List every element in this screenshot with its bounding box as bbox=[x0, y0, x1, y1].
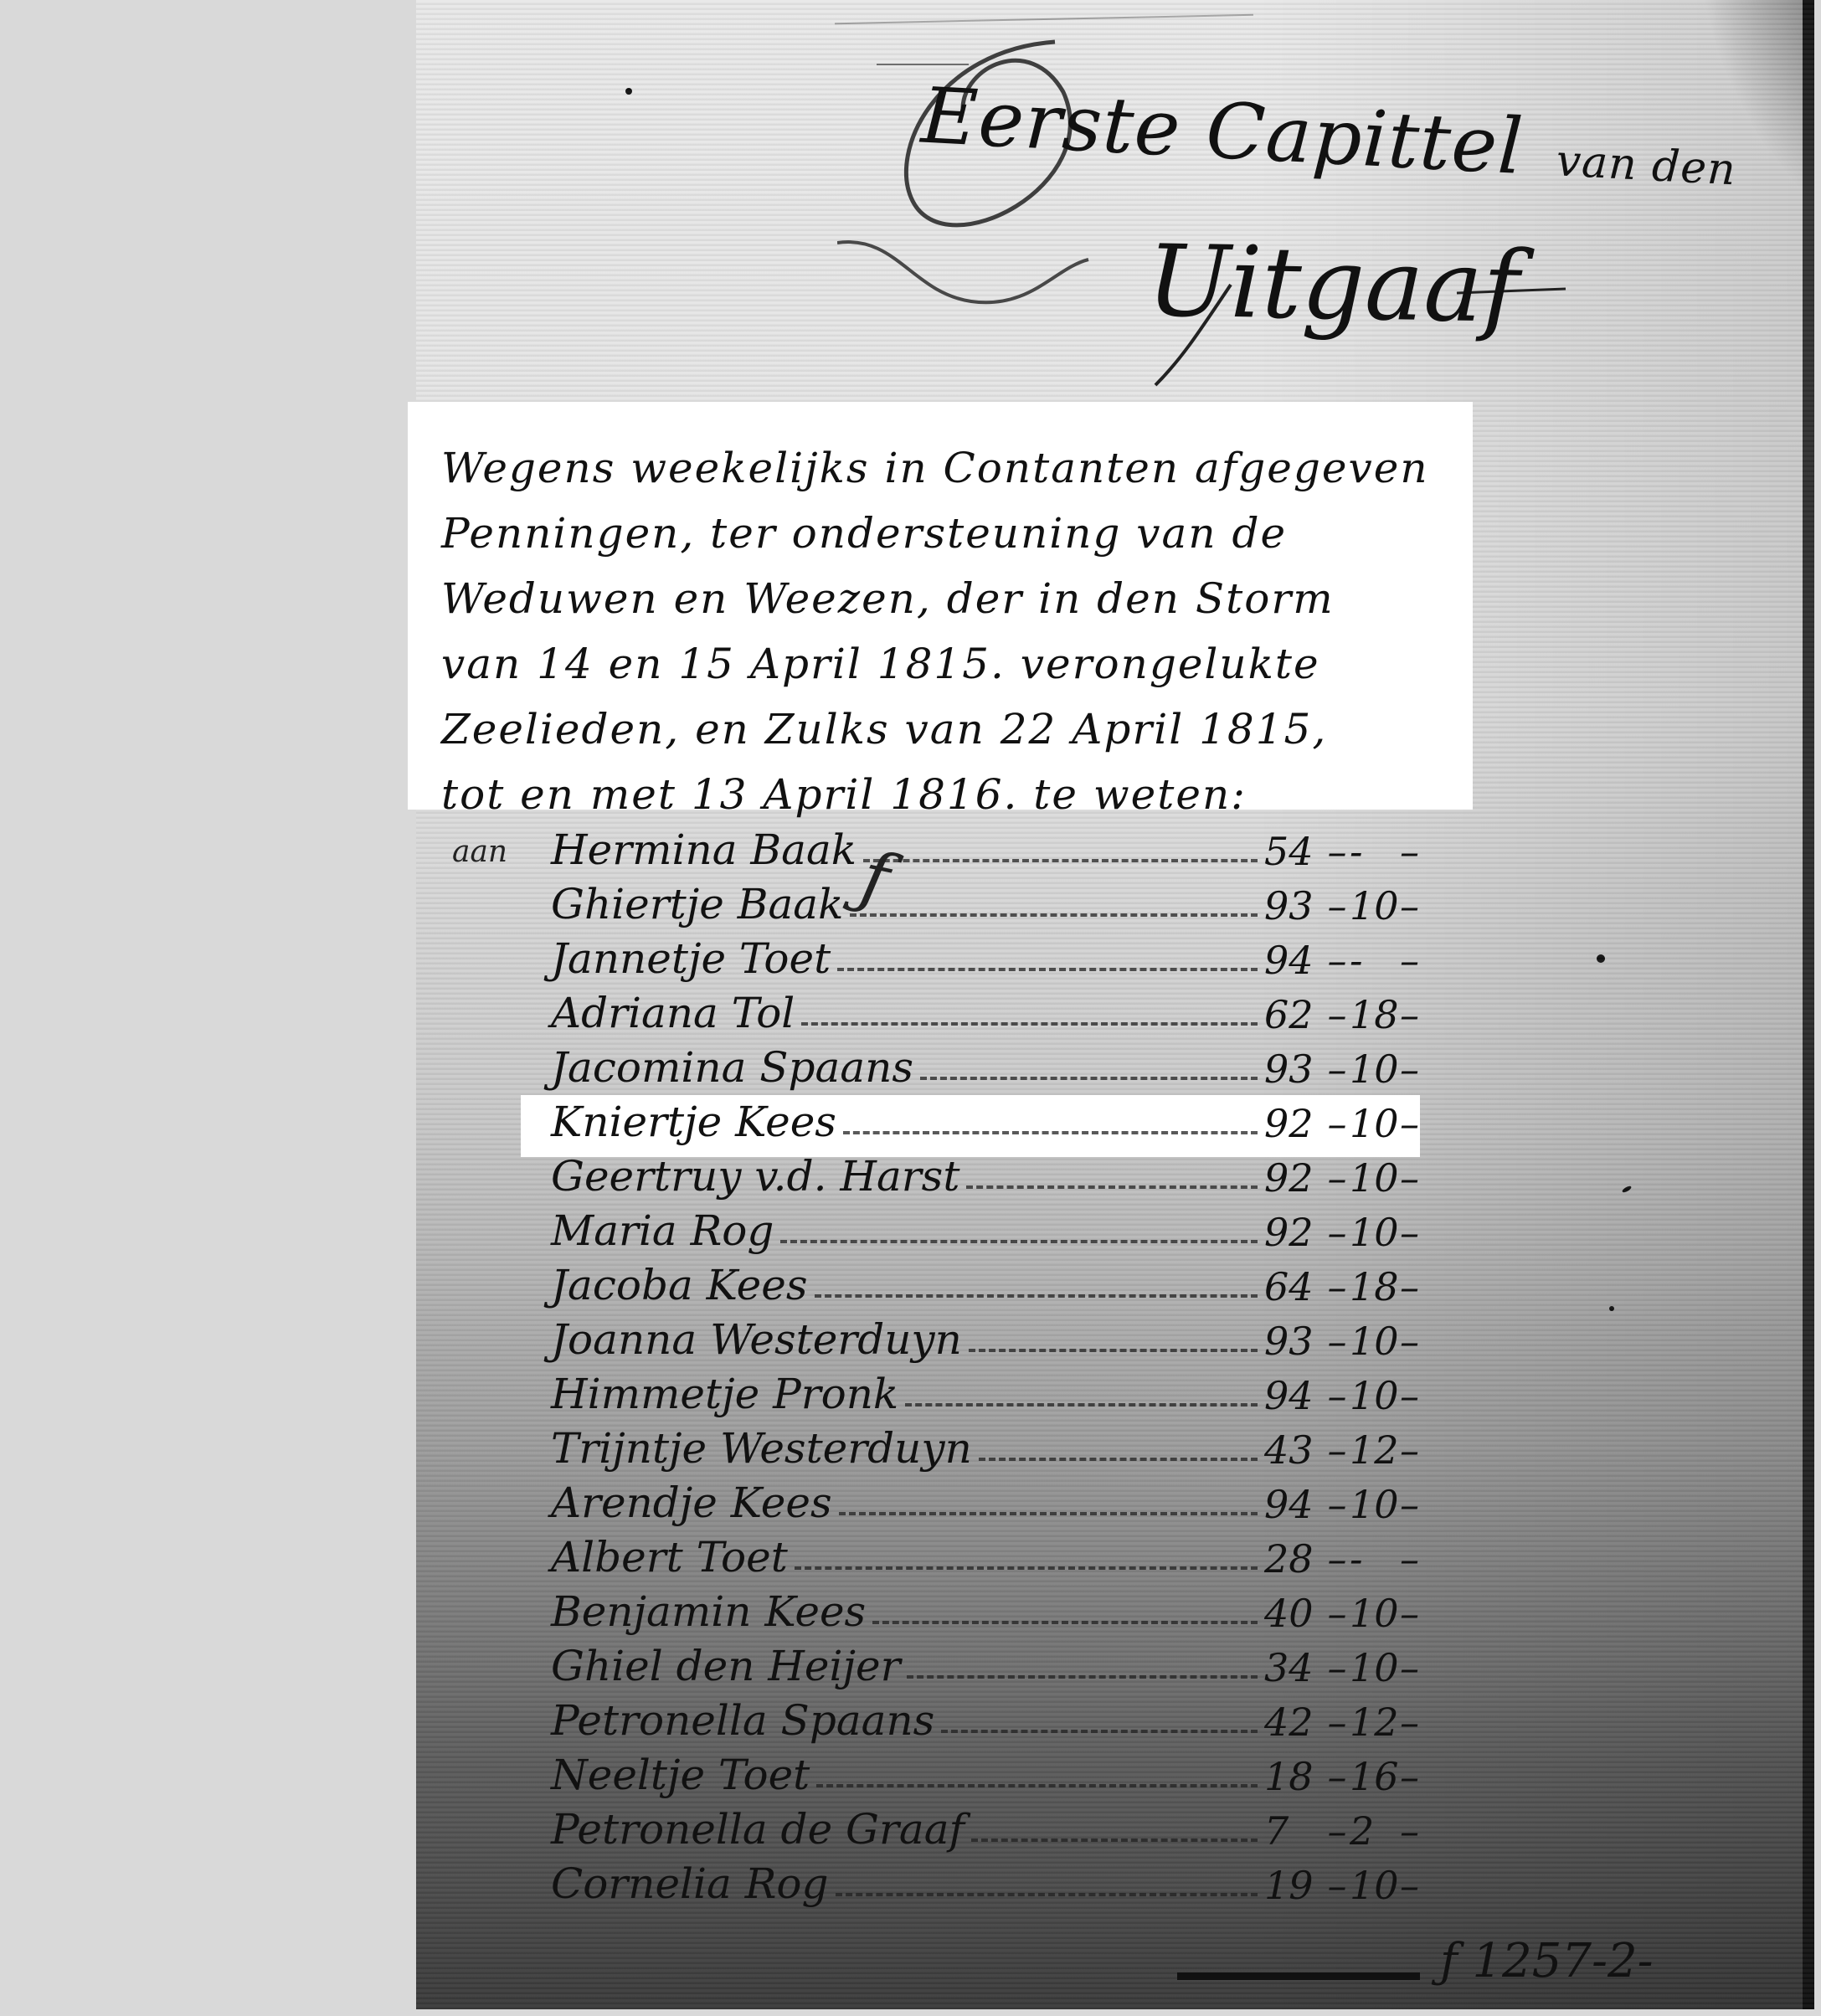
amount-tail-dash: – bbox=[1400, 992, 1433, 1037]
amount-separator: – bbox=[1325, 1700, 1350, 1745]
dotted-leader bbox=[907, 1675, 1258, 1679]
amount: 28–-– bbox=[1264, 1536, 1440, 1587]
recipient-name: Jacomina Spaans bbox=[551, 1043, 913, 1097]
ledger-row: Jannetje Toet94–-– bbox=[452, 933, 1440, 988]
amount: 94–-– bbox=[1264, 938, 1440, 988]
amount-separator: – bbox=[1325, 1155, 1350, 1201]
ink-speck bbox=[1597, 954, 1605, 963]
ledger-entries: aanHermina Baak54–-–Ghiertje Baak93–10–J… bbox=[452, 825, 1440, 1913]
ink-speck bbox=[1622, 1185, 1633, 1193]
amount-stuivers: 10 bbox=[1350, 1101, 1400, 1146]
recipient-name: Maria Rog bbox=[551, 1206, 774, 1260]
dotted-leader bbox=[795, 1566, 1258, 1570]
amount-separator: – bbox=[1325, 1101, 1350, 1146]
amount-stuivers: 10 bbox=[1350, 1155, 1400, 1201]
ledger-row-prefix bbox=[452, 1794, 551, 1804]
recipient-name: Cornelia Rog bbox=[551, 1859, 829, 1913]
recipient-name: Benjamin Kees bbox=[551, 1587, 866, 1641]
amount-tail-dash: – bbox=[1400, 1047, 1433, 1092]
amount-tail-dash: – bbox=[1400, 1155, 1433, 1201]
amount-separator: – bbox=[1325, 1482, 1350, 1527]
amount: 43–12– bbox=[1264, 1427, 1440, 1478]
amount-stuivers: 18 bbox=[1350, 1264, 1400, 1309]
ledger-row: Himmetje Pronk94–10– bbox=[452, 1369, 1440, 1423]
amount-guilders: 93 bbox=[1264, 883, 1325, 928]
ledger-row-prefix bbox=[452, 923, 551, 933]
amount-separator: – bbox=[1325, 1210, 1350, 1255]
ledger-row: Jacoba Kees64–18– bbox=[452, 1260, 1440, 1314]
intro-paragraph: Wegens weekelijks in Contanten afgegeven… bbox=[408, 402, 1473, 810]
recipient-name: Neeltje Toet bbox=[551, 1751, 810, 1804]
ledger-row-prefix bbox=[452, 1359, 551, 1369]
amount: 19–10– bbox=[1264, 1863, 1440, 1913]
dotted-leader bbox=[780, 1240, 1258, 1243]
amount-guilders: 19 bbox=[1264, 1863, 1325, 1908]
ledger-row: Arendje Kees94–10– bbox=[452, 1478, 1440, 1532]
intro-line: Wegens weekelijks in Contanten afgegeven bbox=[441, 435, 1439, 501]
ledger-row: Adriana Tol62–18– bbox=[452, 988, 1440, 1042]
amount-stuivers: 10 bbox=[1350, 1319, 1400, 1364]
ledger-row-prefix bbox=[452, 1032, 551, 1042]
amount-tail-dash: – bbox=[1400, 1645, 1433, 1690]
intro-line: Zeelieden, en Zulks van 22 April 1815, bbox=[441, 697, 1439, 762]
dotted-leader bbox=[850, 913, 1258, 917]
amount-tail-dash: – bbox=[1400, 1264, 1433, 1309]
amount-guilders: 28 bbox=[1264, 1536, 1325, 1581]
amount-guilders: 94 bbox=[1264, 1482, 1325, 1527]
amount-separator: – bbox=[1325, 1645, 1350, 1690]
ledger-row: Geertruy v.d. Harst92–10– bbox=[452, 1151, 1440, 1206]
recipient-name: Ghiertje Baak bbox=[551, 880, 843, 933]
amount-tail-dash: – bbox=[1400, 829, 1433, 874]
ledger-row-prefix bbox=[452, 1304, 551, 1314]
recipient-name: Arendje Kees bbox=[551, 1479, 832, 1532]
amount: 42–12– bbox=[1264, 1700, 1440, 1750]
amount-tail-dash: – bbox=[1400, 1700, 1433, 1745]
ledger-row: Trijntje Westerduyn43–12– bbox=[452, 1423, 1440, 1478]
recipient-name: Jannetje Toet bbox=[551, 934, 831, 988]
ledger-row: Maria Rog92–10– bbox=[452, 1206, 1440, 1260]
amount-separator: – bbox=[1325, 992, 1350, 1037]
amount: 92–10– bbox=[1264, 1210, 1440, 1260]
dotted-leader bbox=[969, 1349, 1258, 1352]
ledger-row: Joanna Westerduyn93–10– bbox=[452, 1314, 1440, 1369]
amount-separator: – bbox=[1325, 1264, 1350, 1309]
amount: 7–2– bbox=[1264, 1808, 1440, 1859]
amount: 93–10– bbox=[1264, 1319, 1440, 1369]
recipient-name: Himmetje Pronk bbox=[551, 1370, 898, 1423]
amount-tail-dash: – bbox=[1400, 1754, 1433, 1799]
amount-guilders: 94 bbox=[1264, 1373, 1325, 1418]
ledger-row: Ghiertje Baak93–10– bbox=[452, 879, 1440, 933]
amount-guilders: 7 bbox=[1264, 1808, 1325, 1854]
chapter-title-suffix: van den bbox=[1555, 136, 1737, 195]
ink-speck bbox=[625, 88, 632, 95]
amount-guilders: 34 bbox=[1264, 1645, 1325, 1690]
amount-tail-dash: – bbox=[1400, 1101, 1433, 1146]
amount: 40–10– bbox=[1264, 1591, 1440, 1641]
amount-stuivers: 10 bbox=[1350, 1482, 1400, 1527]
ledger-row: Jacomina Spaans93–10– bbox=[452, 1042, 1440, 1097]
ledger-row: Benjamin Kees40–10– bbox=[452, 1587, 1440, 1641]
amount: 93–10– bbox=[1264, 1047, 1440, 1097]
ledger-row-prefix bbox=[452, 1631, 551, 1641]
amount-guilders: 92 bbox=[1264, 1155, 1325, 1201]
amount-separator: – bbox=[1325, 829, 1350, 874]
amount: 62–18– bbox=[1264, 992, 1440, 1042]
dotted-leader bbox=[941, 1730, 1258, 1733]
recipient-name: Geertruy v.d. Harst bbox=[551, 1152, 959, 1206]
ledger-row-prefix bbox=[452, 1903, 551, 1913]
amount-stuivers: - bbox=[1350, 829, 1400, 874]
ledger-row-prefix bbox=[452, 1849, 551, 1859]
amount: 94–10– bbox=[1264, 1482, 1440, 1532]
dotted-leader bbox=[971, 1839, 1258, 1842]
ledger-row: Cornelia Rog19–10– bbox=[452, 1859, 1440, 1913]
margin-stroke bbox=[877, 64, 969, 65]
ledger-row-prefix bbox=[452, 1576, 551, 1587]
ink-speck bbox=[1609, 1306, 1614, 1311]
amount-separator: – bbox=[1325, 938, 1350, 983]
amount-tail-dash: – bbox=[1400, 1808, 1433, 1854]
amount-stuivers: 12 bbox=[1350, 1700, 1400, 1745]
ledger-row-prefix bbox=[452, 1522, 551, 1532]
amount: 93–10– bbox=[1264, 883, 1440, 933]
amount-tail-dash: – bbox=[1400, 1373, 1433, 1418]
amount-guilders: 40 bbox=[1264, 1591, 1325, 1636]
amount: 94–10– bbox=[1264, 1373, 1440, 1423]
recipient-name: Petronella de Graaf bbox=[551, 1805, 965, 1859]
amount-separator: – bbox=[1325, 1427, 1350, 1473]
amount-stuivers: 18 bbox=[1350, 992, 1400, 1037]
ledger-row-prefix bbox=[452, 1685, 551, 1695]
amount: 92–10– bbox=[1264, 1155, 1440, 1206]
amount-stuivers: 12 bbox=[1350, 1427, 1400, 1473]
amount-guilders: 43 bbox=[1264, 1427, 1325, 1473]
amount-tail-dash: – bbox=[1400, 1591, 1433, 1636]
amount: 92–10– bbox=[1264, 1101, 1440, 1151]
dotted-leader bbox=[815, 1294, 1258, 1298]
ledger-row: aanHermina Baak54–-– bbox=[452, 825, 1440, 879]
amount-stuivers: 2 bbox=[1350, 1808, 1400, 1854]
amount-tail-dash: – bbox=[1400, 1319, 1433, 1364]
amount-separator: – bbox=[1325, 1591, 1350, 1636]
ledger-row: Neeltje Toet18–16– bbox=[452, 1750, 1440, 1804]
recipient-name: Petronella Spaans bbox=[551, 1696, 934, 1750]
amount-guilders: 92 bbox=[1264, 1101, 1325, 1146]
recipient-name: Jacoba Kees bbox=[551, 1261, 808, 1314]
recipient-name: Adriana Tol bbox=[551, 989, 795, 1042]
amount-guilders: 93 bbox=[1264, 1319, 1325, 1364]
total-currency-symbol: ƒ bbox=[1440, 1934, 1458, 1988]
ledger-row-prefix: aan bbox=[452, 835, 551, 879]
faint-top-rule bbox=[835, 14, 1253, 24]
dotted-leader bbox=[979, 1458, 1258, 1461]
ledger-row-prefix bbox=[452, 1196, 551, 1206]
total-underline bbox=[1177, 1972, 1420, 1980]
dotted-leader bbox=[920, 1077, 1258, 1080]
amount-guilders: 42 bbox=[1264, 1700, 1325, 1745]
intro-line: tot en met 13 April 1816. te weten: bbox=[441, 762, 1439, 827]
ledger-row-prefix bbox=[452, 978, 551, 988]
amount-guilders: 64 bbox=[1264, 1264, 1325, 1309]
dotted-leader bbox=[839, 1512, 1258, 1515]
ledger-row: Petronella de Graaf7–2– bbox=[452, 1804, 1440, 1859]
amount-stuivers: 10 bbox=[1350, 1645, 1400, 1690]
amount-separator: – bbox=[1325, 1808, 1350, 1854]
amount-tail-dash: – bbox=[1400, 1536, 1433, 1581]
ledger-row: Ghiel den Heijer34–10– bbox=[452, 1641, 1440, 1695]
recipient-name: Hermina Baak bbox=[551, 825, 856, 879]
dotted-leader bbox=[905, 1403, 1258, 1407]
amount-stuivers: 16 bbox=[1350, 1754, 1400, 1799]
amount-separator: – bbox=[1325, 1536, 1350, 1581]
ledger-row-prefix bbox=[452, 1141, 551, 1151]
dotted-leader bbox=[843, 1131, 1258, 1134]
amount-tail-dash: – bbox=[1400, 1427, 1433, 1473]
amount: 34–10– bbox=[1264, 1645, 1440, 1695]
amount-tail-dash: – bbox=[1400, 1482, 1433, 1527]
dotted-leader bbox=[837, 968, 1258, 971]
amount-stuivers: 10 bbox=[1350, 1210, 1400, 1255]
amount-tail-dash: – bbox=[1400, 883, 1433, 928]
dotted-leader bbox=[863, 859, 1258, 862]
ledger-row-prefix bbox=[452, 1250, 551, 1260]
ledger-total: ƒ 1257-2- bbox=[1440, 1934, 1654, 1988]
total-value: 1257-2- bbox=[1473, 1934, 1654, 1988]
amount-stuivers: - bbox=[1350, 1536, 1400, 1581]
dotted-leader bbox=[966, 1185, 1258, 1189]
dotted-leader bbox=[872, 1621, 1258, 1624]
intro-line: Penningen, ter ondersteuning van de bbox=[441, 501, 1439, 566]
amount-tail-dash: – bbox=[1400, 1210, 1433, 1255]
ledger-row: Kniertje Kees92–10– bbox=[452, 1097, 1440, 1151]
amount-tail-dash: – bbox=[1400, 938, 1433, 983]
recipient-name: Ghiel den Heijer bbox=[551, 1642, 900, 1695]
ledger-row-prefix bbox=[452, 1413, 551, 1423]
amount-separator: – bbox=[1325, 1863, 1350, 1908]
ledger-row: Petronella Spaans42–12– bbox=[452, 1695, 1440, 1750]
recipient-name: Trijntje Westerduyn bbox=[551, 1424, 972, 1478]
amount: 64–18– bbox=[1264, 1264, 1440, 1314]
recipient-name: Kniertje Kees bbox=[551, 1098, 836, 1151]
dotted-leader bbox=[816, 1784, 1258, 1787]
amount: 54–-– bbox=[1264, 829, 1440, 879]
amount-separator: – bbox=[1325, 1047, 1350, 1092]
amount-separator: – bbox=[1325, 1319, 1350, 1364]
amount-stuivers: 10 bbox=[1350, 1591, 1400, 1636]
amount: 18–16– bbox=[1264, 1754, 1440, 1804]
ledger-row-prefix bbox=[452, 1468, 551, 1478]
intro-line: Weduwen en Weezen, der in den Storm bbox=[441, 566, 1439, 631]
amount-stuivers: 10 bbox=[1350, 1373, 1400, 1418]
amount-guilders: 62 bbox=[1264, 992, 1325, 1037]
amount-tail-dash: – bbox=[1400, 1863, 1433, 1908]
amount-stuivers: - bbox=[1350, 938, 1400, 983]
amount-stuivers: 10 bbox=[1350, 1863, 1400, 1908]
amount-stuivers: 10 bbox=[1350, 883, 1400, 928]
chapter-subtitle: Uitgaaf bbox=[1146, 223, 1520, 345]
recipient-name: Joanna Westerduyn bbox=[551, 1315, 962, 1369]
amount-stuivers: 10 bbox=[1350, 1047, 1400, 1092]
intro-line: van 14 en 15 April 1815. verongelukte bbox=[441, 631, 1439, 697]
dotted-leader bbox=[801, 1022, 1258, 1026]
dotted-leader bbox=[836, 1893, 1258, 1896]
recipient-name: Albert Toet bbox=[551, 1533, 788, 1587]
amount-guilders: 92 bbox=[1264, 1210, 1325, 1255]
amount-separator: – bbox=[1325, 1373, 1350, 1418]
amount-separator: – bbox=[1325, 883, 1350, 928]
amount-guilders: 18 bbox=[1264, 1754, 1325, 1799]
amount-guilders: 93 bbox=[1264, 1047, 1325, 1092]
amount-guilders: 54 bbox=[1264, 829, 1325, 874]
amount-guilders: 94 bbox=[1264, 938, 1325, 983]
amount-separator: – bbox=[1325, 1754, 1350, 1799]
ledger-row: Albert Toet28–-– bbox=[452, 1532, 1440, 1587]
ledger-row-prefix bbox=[452, 1740, 551, 1750]
page-binding-edge bbox=[1803, 0, 1814, 2009]
